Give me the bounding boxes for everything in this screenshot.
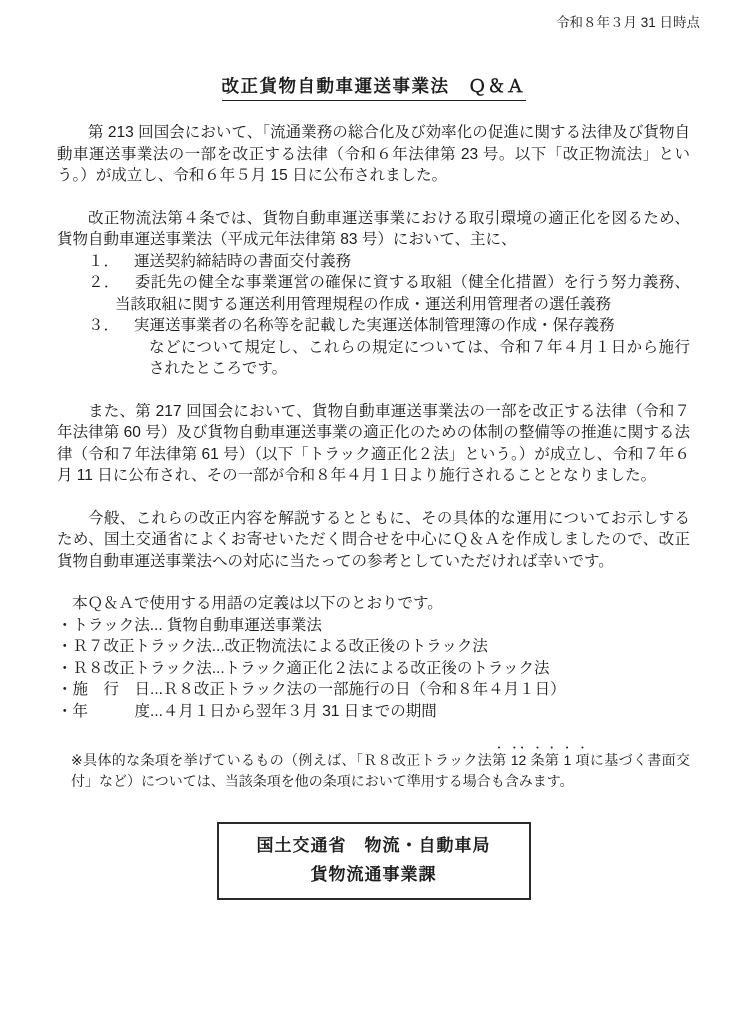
definition-text: 年 度...４月１日から翌年３月 31 日までの期間 [73,703,437,720]
intro-paragraph: 第 213 回国会において、「流通業務の総合化及び効率化の促進に関する法律及び貨… [57,122,690,187]
truck-tekiseika-paragraph: また、第 217 回国会において、貨物自動車運送事業法の一部を改正する法律（令和… [57,401,690,487]
supplementary-note: ※具体的な条項を挙げているもの（例えば、「Ｒ８改正トラック法第 12 条第 1 … [71,745,690,792]
bullet-marker: ・ [57,617,73,634]
definition-text: 施 行 日...Ｒ８改正トラック法の一部施行の日（令和８年４月１日） [73,681,566,698]
purpose-paragraph: 今般、これらの改正内容を解説するとともに、その具体的な運用についてお示しするため… [57,508,690,573]
definition-item-truck-law: ・トラック法... 貨物自動車運送事業法 [57,615,690,637]
page-title: 改正貨物自動車運送事業法 Ｑ＆Ａ [222,74,526,101]
note-emphasized-clause: 第 12 条第 1 項 [492,752,590,768]
item-number: １． [88,253,119,270]
note-text-pre: ※具体的な条項を挙げているもの（例えば、「Ｒ８改正トラック法 [71,752,492,768]
bullet-marker: ・ [57,703,73,720]
item-number: ３． [88,317,119,334]
title-row: 改正貨物自動車運送事業法 Ｑ＆Ａ [57,74,690,101]
bullet-marker: ・ [57,660,73,677]
obligation-item-3: ３．実運送事業者の名称等を記載した実運送体制管理簿の作成・保存義務 [57,315,690,337]
issuer-division-line: 貨物流通事業課 [245,860,503,889]
article4-lead-paragraph: 改正物流法第４条では、貨物自動車運送事業における取引環境の適正化を図るため、貨物… [57,208,690,251]
document-page: 令和８年３月 31 日時点 改正貨物自動車運送事業法 Ｑ＆Ａ 第 213 回国会… [0,0,747,1024]
issuer-box: 国土交通省 物流・自動車局 貨物流通事業課 [217,822,531,900]
obligations-closing-note: などについて規定し、これらの規定については、令和７年４月１日から施行されたところ… [57,337,690,380]
definitions-list: ・トラック法... 貨物自動車運送事業法 ・Ｒ７改正トラック法...改正物流法に… [57,615,690,723]
obligation-item-1: １．運送契約締結時の書面交付義務 [57,251,690,273]
definition-item-r8-truck-law: ・Ｒ８改正トラック法...トラック適正化２法による改正後のトラック法 [57,658,690,680]
item-text: 委託先の健全な事業運営の確保に資する取組（健全化措置）を行う努力義務、当該取組に… [115,274,690,313]
obligation-item-2: ２．委託先の健全な事業運営の確保に資する取組（健全化措置）を行う努力義務、当該取… [57,272,690,315]
definition-text: トラック法... 貨物自動車運送事業法 [73,617,322,634]
definitions-lead: 本Ｑ＆Ａで使用する用語の定義は以下のとおりです。 [57,593,690,615]
document-date-note: 令和８年３月 31 日時点 [57,14,700,32]
definition-item-enforcement-date: ・施 行 日...Ｒ８改正トラック法の一部施行の日（令和８年４月１日） [57,679,690,701]
definition-text: Ｒ８改正トラック法...トラック適正化２法による改正後のトラック法 [73,660,550,677]
definition-text: Ｒ７改正トラック法...改正物流法による改正後のトラック法 [73,638,488,655]
item-text: 運送契約締結時の書面交付義務 [134,253,351,270]
issuer-bureau-line: 国土交通省 物流・自動車局 [245,831,503,860]
definition-item-r7-truck-law: ・Ｒ７改正トラック法...改正物流法による改正後のトラック法 [57,636,690,658]
definition-item-fiscal-year: ・年 度...４月１日から翌年３月 31 日までの期間 [57,701,690,723]
item-text: 実運送事業者の名称等を記載した実運送体制管理簿の作成・保存義務 [134,317,615,334]
item-number: ２． [88,274,120,291]
obligation-list: １．運送契約締結時の書面交付義務 ２．委託先の健全な事業運営の確保に資する取組（… [57,251,690,380]
bullet-marker: ・ [57,681,73,698]
bullet-marker: ・ [57,638,73,655]
